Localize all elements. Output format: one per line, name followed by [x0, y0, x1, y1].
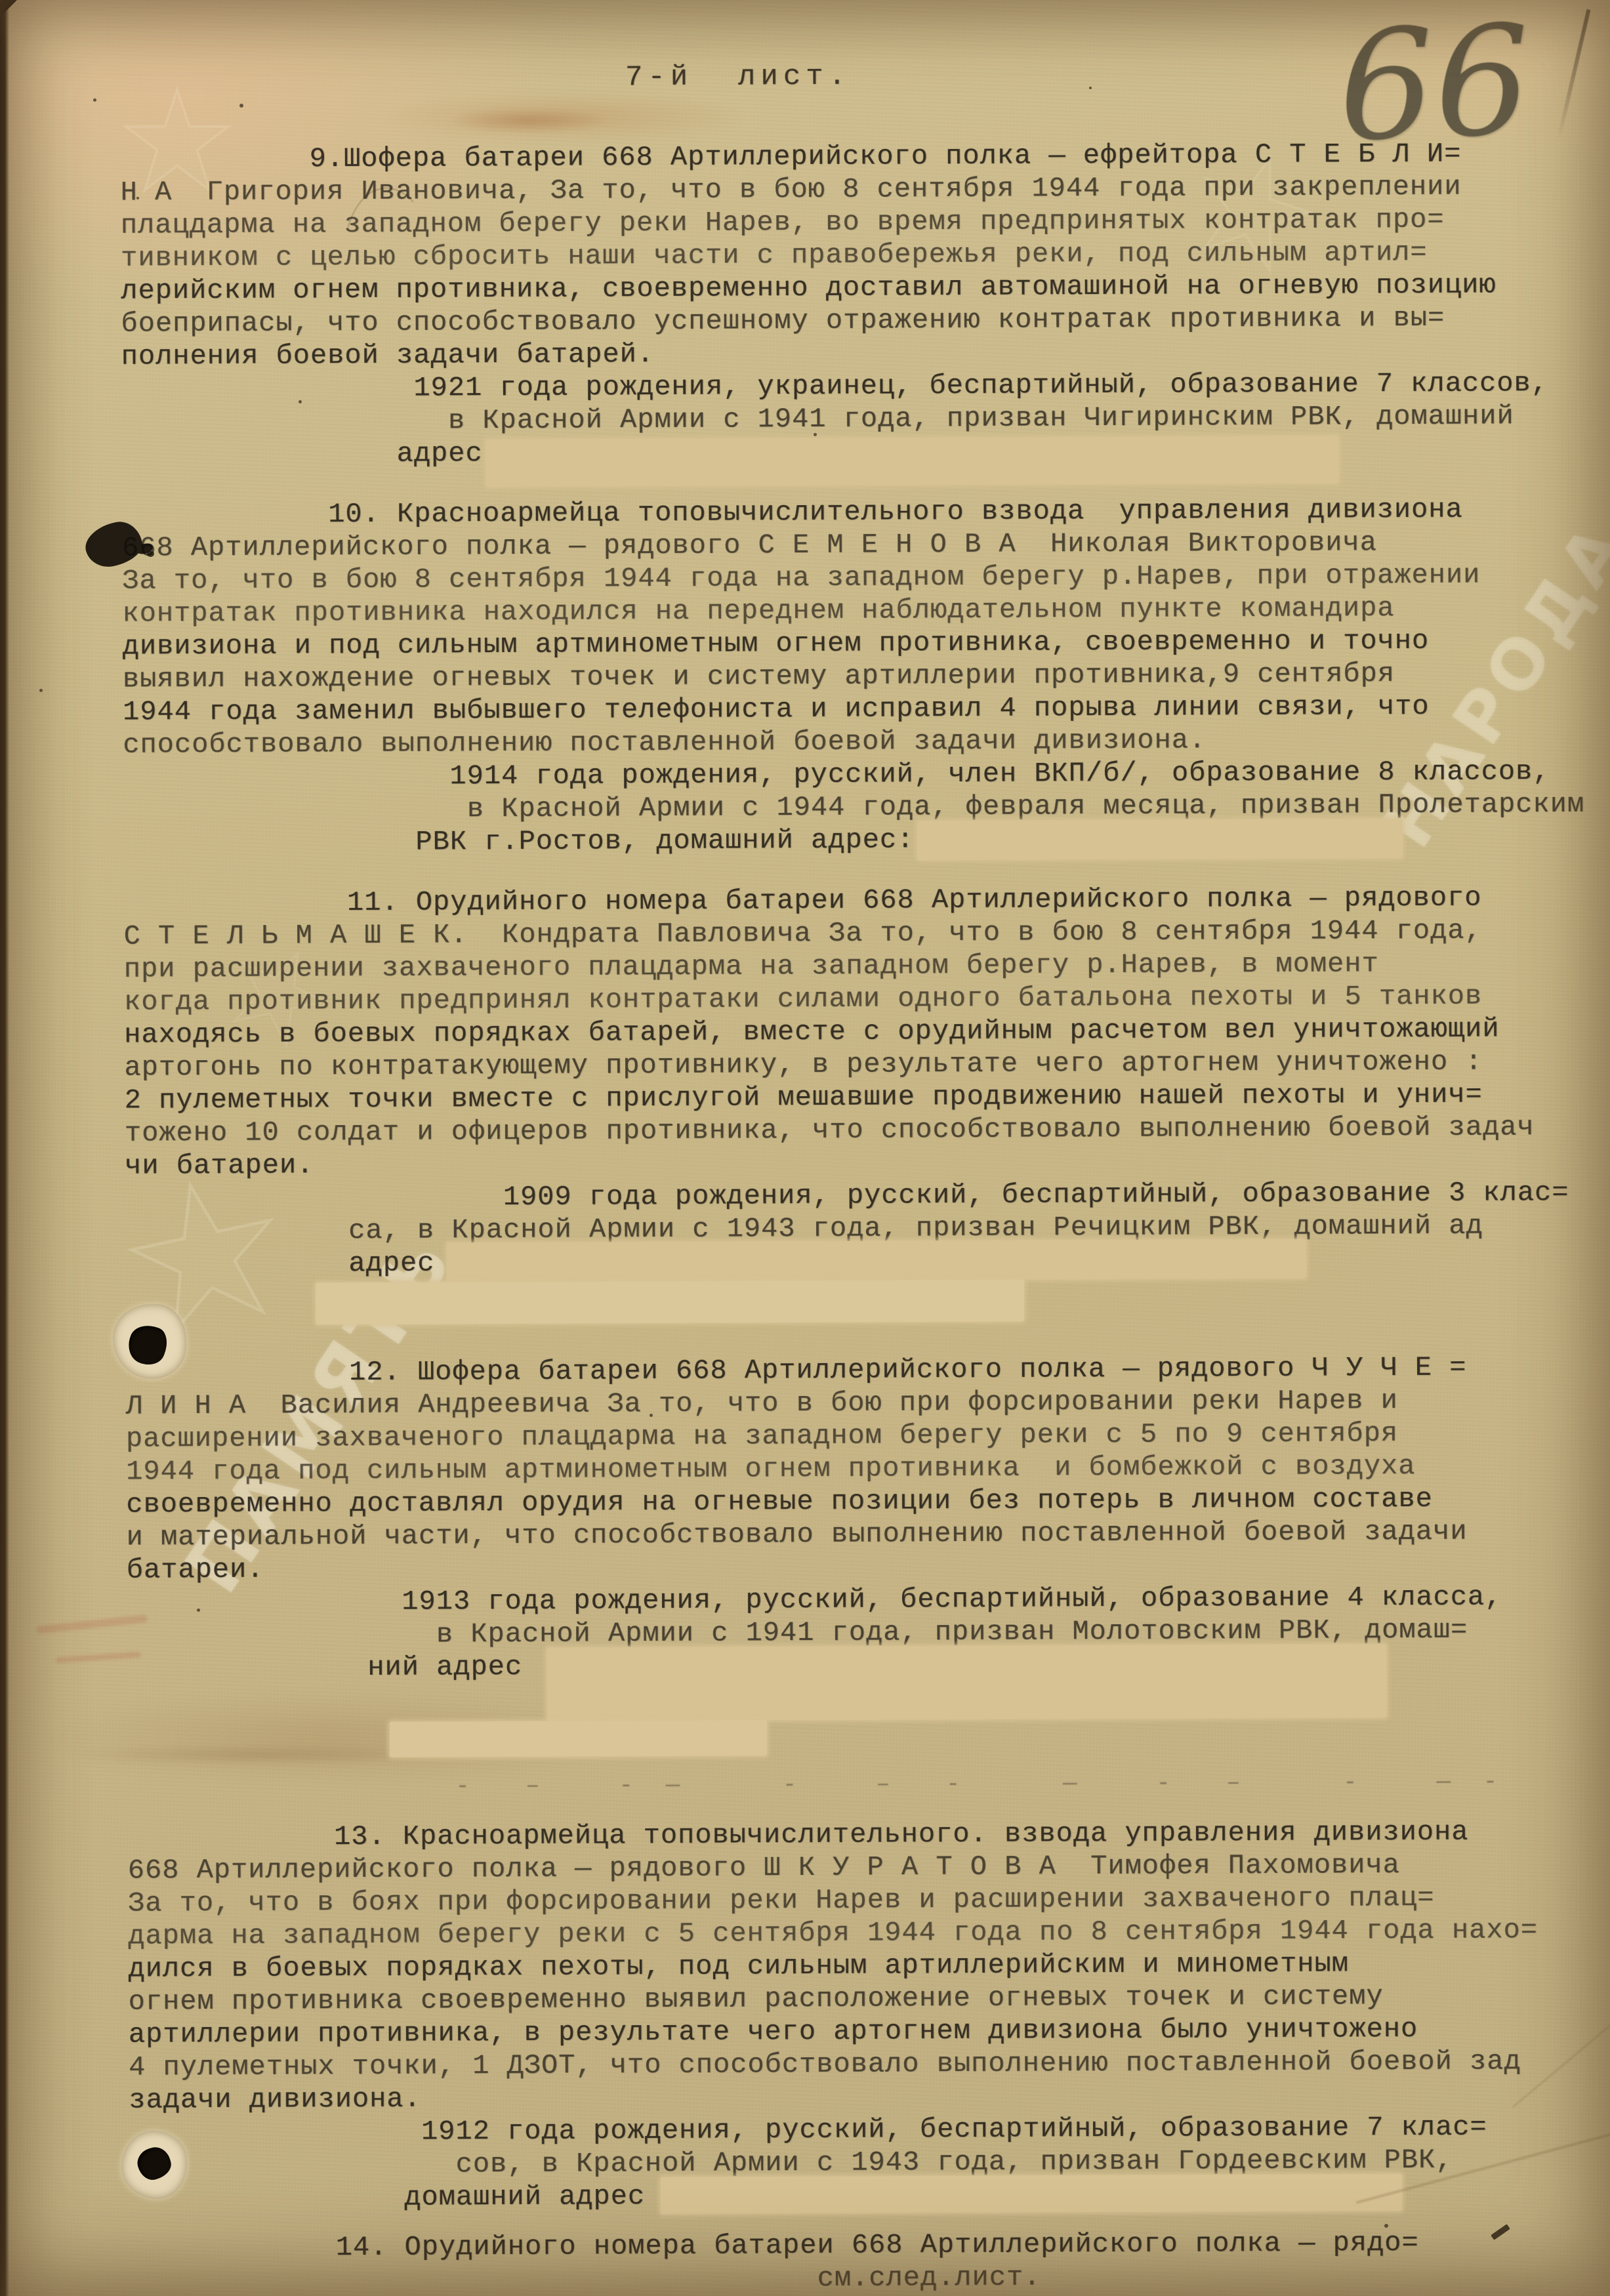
- text-line: дарма на западном берегу реки с 5 сентяб…: [128, 1914, 1538, 1952]
- text-line: 1944 года заменил выбывшего телефониста …: [123, 689, 1481, 728]
- redaction-block-address-9: [485, 436, 1338, 487]
- section-11-paragraph: 11. Орудийного номера батареи 668 Артилл…: [123, 881, 1535, 1182]
- scanned-document-page: ПАМЯТЬ НАРОДА 7-й лист. 9.Шофера батареи…: [0, 0, 1610, 2296]
- text-line: 1912 года рождения, русский, беспартийны…: [129, 2110, 1487, 2149]
- redaction-block-address-11: [447, 1239, 1306, 1282]
- text-line: см.след.лист.: [129, 2259, 1419, 2296]
- text-line: Н А Григория Ивановича, За то, что в бою…: [121, 170, 1496, 209]
- section-12-paragraph: 12. Шофера батареи 668 Артиллерийского п…: [125, 1351, 1467, 1587]
- text-line: Л И Н А Василия Андреевича За то, что в …: [126, 1384, 1467, 1423]
- typed-dash-separator: - – - — - – - — - – - — -: [455, 1768, 1506, 1799]
- scan-page-edge: [0, 0, 9, 2296]
- text-line: когда противник предпринял контратаки си…: [124, 979, 1534, 1018]
- text-line: выявил нахождение огневых точек и систем…: [123, 657, 1481, 695]
- text-line: контратак противника находился на передн…: [122, 592, 1480, 630]
- sheet-number-header: 7-й лист.: [625, 60, 851, 94]
- text-line: 668 Артиллерийского полка — рядового С Е…: [122, 526, 1480, 565]
- text-line: в Красной Армии с 1941 года, призван Чиг…: [121, 400, 1548, 438]
- section-9-paragraph: 9.Шофера батареи 668 Артиллерийского пол…: [120, 137, 1496, 373]
- section-14-continuation-note: 14. Орудийного номера батареи 668 Артилл…: [129, 2226, 1419, 2296]
- text-line: 9.Шофера батареи 668 Артиллерийского пол…: [120, 137, 1496, 176]
- paper-speck: [93, 98, 96, 102]
- text-line: За то, что в бою 8 сентября 1944 года на…: [122, 559, 1480, 598]
- paper-speck: [239, 104, 243, 108]
- paper-speck: [299, 400, 302, 403]
- text-line: 1944 года под сильным артминометным огне…: [126, 1450, 1467, 1488]
- section-10-paragraph: 10. Красноармейца топовычислительного вз…: [122, 493, 1481, 762]
- text-line: полнения боевой задачи батарей.: [121, 334, 1497, 373]
- text-line: дивизиона и под сильным артминометным ог…: [123, 624, 1481, 663]
- text-line: боеприпасы, что способствовало успешному…: [121, 301, 1496, 340]
- redaction-block-address-12: [547, 1644, 1386, 1721]
- redaction-block-address-13: [661, 2174, 1402, 2214]
- paper-speck: [1384, 2224, 1388, 2228]
- text-line: тивником с целью сбросить наши части с п…: [121, 236, 1496, 274]
- paper-speck: [1089, 87, 1092, 89]
- handwritten-page-number: 66: [1336, 6, 1533, 163]
- text-line: батареи.: [127, 1548, 1468, 1587]
- text-line: и материальной части, что способствовало…: [126, 1515, 1467, 1554]
- text-line: артогонь по контратакующему противнику, …: [124, 1045, 1534, 1084]
- text-line: своевременно доставлял орудия на огневые…: [126, 1483, 1467, 1521]
- scan-page-corner: [0, 0, 17, 17]
- paper-speck: [39, 689, 43, 692]
- paper-speck: [197, 1609, 200, 1612]
- text-line: расширении захваченого плацдарма на запа…: [126, 1417, 1467, 1456]
- text-line: 14. Орудийного номера батареи 668 Артилл…: [129, 2226, 1419, 2265]
- ink-spot: [147, 551, 154, 557]
- text-line: 10. Красноармейца топовычислительного вз…: [122, 493, 1480, 532]
- text-line: плацдарма на западном берегу реки Нарев,…: [121, 203, 1496, 241]
- text-line: огнем противника своевременно выявил рас…: [129, 1979, 1538, 2018]
- text-line: 12. Шофера батареи 668 Артиллерийского п…: [125, 1351, 1466, 1390]
- text-line: лерийским огнем противника, своевременно…: [121, 268, 1496, 307]
- text-line: 4 пулеметных точки, 1 ДЗОТ, что способст…: [129, 2045, 1538, 2083]
- section-13-paragraph: 13. Красноармейца топовычислительного. в…: [127, 1815, 1538, 2116]
- text-line: тожено 10 солдат и офицеров противника, …: [125, 1111, 1535, 1149]
- redaction-block-address-11: [316, 1280, 1024, 1325]
- paper-speck: [814, 433, 817, 436]
- redaction-block-address-10: [917, 819, 1403, 860]
- paper-speck: [650, 1414, 653, 1417]
- text-line: способствовало выполнению поставленной б…: [123, 722, 1481, 761]
- paper-speck: [136, 197, 139, 199]
- text-line: 1913 года рождения, русский, беспартийны…: [127, 1580, 1502, 1619]
- redaction-block-address-12: [390, 1720, 767, 1757]
- typewritten-text-layer: 7-й лист. 9.Шофера батареи 668 Артиллери…: [0, 0, 1610, 2296]
